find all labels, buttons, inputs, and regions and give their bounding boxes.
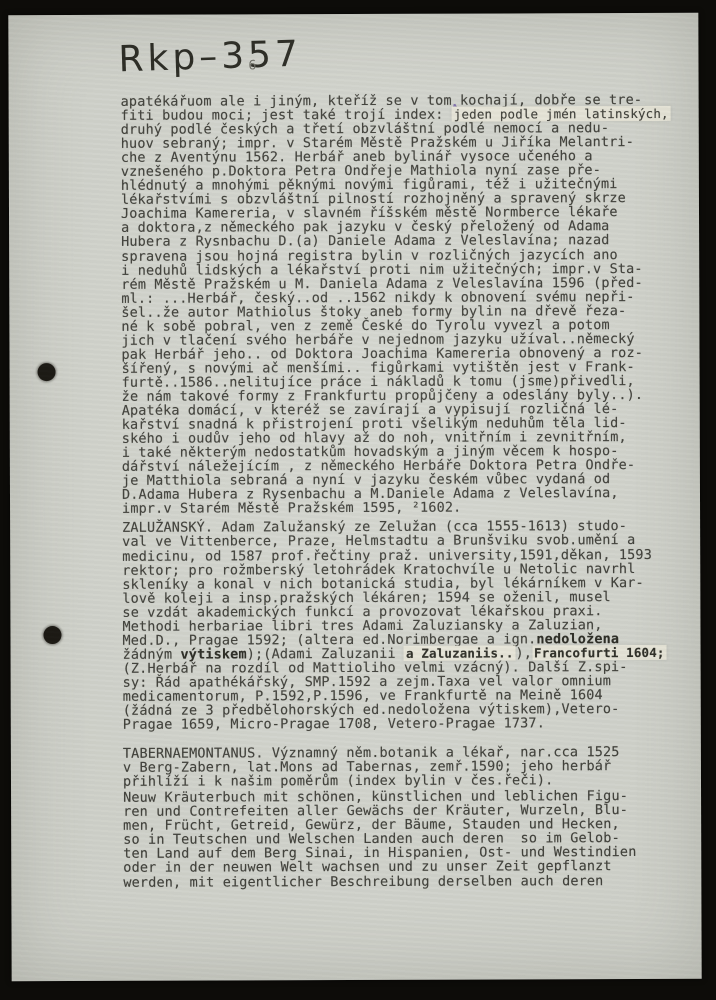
text-line: werden, mit eigentlicher Beschreibung de… — [123, 873, 679, 889]
page-number: 6 — [248, 58, 256, 73]
text-line: impr.v Starém Městě Pražském 1595, ²1602… — [122, 500, 678, 516]
text-segment: impr.v Starém Městě Pražském 1595, ²1602… — [122, 500, 461, 517]
paragraph-zaluzansky-entry: ZALUŽANSKÝ. Adam Zalužanský ze Zelužan (… — [122, 519, 679, 732]
text-segment: Pragae 1659, Micro-Pragae 1708, Vetero-P… — [123, 715, 545, 732]
paragraph-tabernaemontanus-entry: TABERNAEMONTANUS. Významný něm.botanik a… — [123, 745, 679, 789]
paragraph-kraeuterbuch-title: Neuw Kräuterbuch mit schönen, künstliche… — [123, 789, 679, 889]
correction-patch: Francofurti 1604; — [532, 645, 667, 660]
correction-patch: a Zaluzaniis.. — [404, 645, 516, 660]
scanned-page: Rkp–357 6 ∧ apatékářuom ale i jiným, kte… — [8, 13, 701, 981]
text-line: Pragae 1659, Micro-Pragae 1708, Vetero-P… — [123, 716, 679, 732]
text-block: apatékářuom ale i jiným, kteříž se v tom… — [121, 93, 680, 890]
text-segment: přihlíží i k našim poměrům (index bylin … — [123, 773, 554, 791]
paragraph-mathiol-entry: apatékářuom ale i jiným, kteříž se v tom… — [121, 93, 678, 516]
scan-background: { "meta": { "handwritten_label": "Rkp–35… — [0, 0, 716, 1000]
text-segment: werden, mit eigentlicher Beschreibung de… — [123, 873, 603, 891]
hole-punch-top — [38, 363, 56, 381]
text-line: přihlíží i k našim poměrům (index bylin … — [123, 773, 679, 789]
handwritten-shelfmark: Rkp–357 — [118, 34, 303, 81]
hole-punch-bottom — [43, 626, 61, 644]
